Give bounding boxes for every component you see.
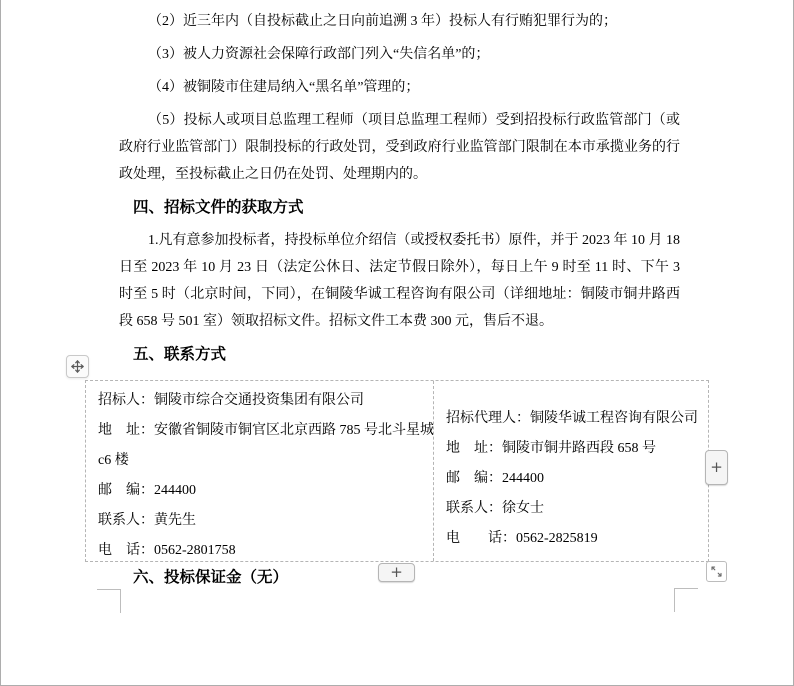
clause-paragraph-3: （3）被人力资源社会保障行政部门列入“失信名单”的； <box>119 41 680 68</box>
clause-paragraph-5: （5）投标人或项目总监理工程师（项目总监理工程师）受到招投标行政监管部门（或政府… <box>119 107 680 188</box>
tenderer-phone-line: 电 话：0562-2801758 <box>98 536 431 561</box>
agent-contact-line: 联系人：徐女士 <box>446 494 706 524</box>
contact-table: 招标人：铜陵市综合交通投资集团有限公司 地 址：安徽省铜陵市铜官区北京西路 78… <box>85 380 709 562</box>
page-margin-mark-bottom-left <box>97 589 121 613</box>
agent-name-line: 招标代理人：铜陵华诚工程咨询有限公司 <box>446 404 706 434</box>
clause-paragraph-2: （2）近三年内（自投标截止之日向前追溯 3 年）投标人有行贿犯罪行为的； <box>119 8 680 35</box>
plus-icon: + <box>390 565 403 580</box>
section-heading-4: 四、招标文件的获取方式 <box>119 194 680 221</box>
tenderer-contact-line: 联系人：黄先生 <box>98 506 431 536</box>
agent-postcode-line: 邮 编：244400 <box>446 464 706 494</box>
document-body: （2）近三年内（自投标截止之日向前追溯 3 年）投标人有行贿犯罪行为的； （3）… <box>119 8 680 374</box>
move-icon <box>70 359 85 374</box>
clause-paragraph-4: （4）被铜陵市住建局纳入“黑名单”管理的； <box>119 74 680 101</box>
tenderer-address-line: 地 址：安徽省铜陵市铜官区北京西路 785 号北斗星城 <box>98 416 431 446</box>
tenderer-address-line-2: c6 楼 <box>98 446 431 476</box>
agent-phone-line: 电 话：0562-2825819 <box>446 524 706 554</box>
agent-cell[interactable]: 招标代理人：铜陵华诚工程咨询有限公司 地 址：铜陵市铜井路西段 658 号 邮 … <box>434 381 708 561</box>
document-obtain-paragraph: 1.凡有意参加投标者，持投标单位介绍信（或授权委托书）原件，并于 2023 年 … <box>119 227 680 335</box>
tenderer-cell[interactable]: 招标人：铜陵市综合交通投资集团有限公司 地 址：安徽省铜陵市铜官区北京西路 78… <box>86 381 434 561</box>
insert-row-button[interactable]: + <box>378 563 415 582</box>
resize-icon <box>709 564 724 579</box>
section-heading-5: 五、联系方式 <box>119 341 680 368</box>
section-heading-6: 六、投标保证金（无） <box>119 564 539 591</box>
tenderer-postcode-line: 邮 编：244400 <box>98 476 431 506</box>
tenderer-name-line: 招标人：铜陵市综合交通投资集团有限公司 <box>98 386 431 416</box>
page-margin-mark-bottom-right <box>674 588 698 612</box>
document-page: （2）近三年内（自投标截止之日向前追溯 3 年）投标人有行贿犯罪行为的； （3）… <box>0 0 794 686</box>
plus-icon: + <box>710 460 723 475</box>
agent-address-line: 地 址：铜陵市铜井路西段 658 号 <box>446 434 706 464</box>
table-move-handle[interactable] <box>66 355 89 378</box>
table-resize-handle[interactable] <box>706 561 727 582</box>
insert-column-button[interactable]: + <box>705 450 728 485</box>
